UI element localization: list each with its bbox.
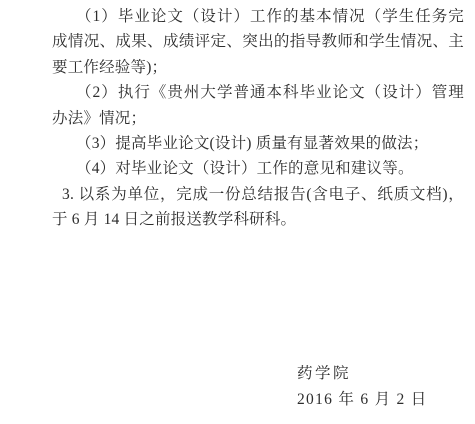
doc-line-2: 成情况、成果、成绩评定、突出的指导教师和学生情况、主	[52, 29, 464, 54]
document-page: （1）毕业论文（设计）工作的基本情况（学生任务完 成情况、成果、成绩评定、突出的…	[0, 0, 475, 424]
signature-block: 药学院 2016 年 6 月 2 日	[297, 361, 428, 413]
doc-line-3: 要工作经验等)；	[52, 55, 464, 80]
document-body: （1）毕业论文（设计）工作的基本情况（学生任务完 成情况、成果、成绩评定、突出的…	[52, 4, 464, 233]
doc-line-9: 于 6 月 14 日之前报送教学科研科。	[52, 207, 464, 232]
doc-line-8: 3. 以系为单位，完成一份总结报告(含电子、纸质文档)，	[52, 182, 464, 207]
doc-line-4: （2）执行《贵州大学普通本科毕业论文（设计）管理	[52, 80, 464, 105]
doc-line-7: （4）对毕业论文（设计）工作的意见和建议等。	[52, 156, 464, 181]
doc-line-6: （3）提高毕业论文(设计) 质量有显著效果的做法；	[52, 131, 464, 156]
doc-line-1: （1）毕业论文（设计）工作的基本情况（学生任务完	[52, 4, 464, 29]
signature-date: 2016 年 6 月 2 日	[297, 387, 428, 413]
doc-line-5: 办法》情况；	[52, 106, 464, 131]
signature-organization: 药学院	[297, 361, 428, 387]
